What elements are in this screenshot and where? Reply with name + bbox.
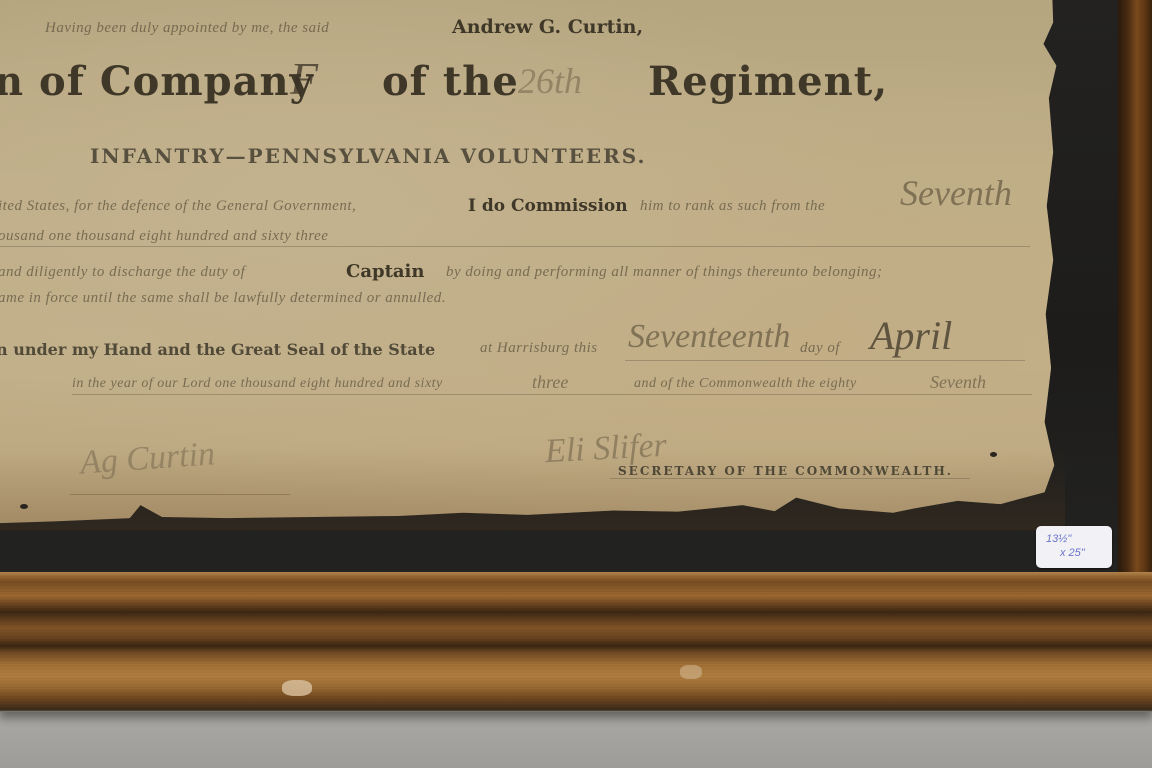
subtitle-infantry: INFANTRY—PENNSYLVANIA VOLUNTEERS.	[90, 144, 646, 168]
year-handwritten: three	[532, 372, 568, 393]
tag-width: x 25"	[1046, 546, 1112, 560]
rank-captain: Captain	[346, 261, 424, 282]
regiment-number: 26th	[518, 60, 582, 102]
tag-height: 13½"	[1046, 532, 1112, 546]
rule-line	[0, 246, 1030, 247]
body-line-rank-from: him to rank as such from the	[640, 198, 825, 215]
day-of: day of	[800, 340, 840, 357]
body-line-year: ousand one thousand eight hundred and si…	[0, 228, 328, 245]
paper-blemish	[990, 452, 997, 457]
dimension-tag: 13½" x 25"	[1036, 526, 1112, 568]
i-do-commission: I do Commission	[468, 196, 628, 216]
frame-paint-chip	[680, 665, 702, 679]
rule-line	[72, 394, 1032, 395]
signature-flourish	[70, 494, 290, 495]
paper-blemish	[20, 504, 28, 509]
given-under-hand: n under my Hand and the Great Seal of th…	[0, 340, 435, 359]
governor-name: Andrew G. Curtin,	[452, 16, 643, 38]
body-line-defence: ited States, for the defence of the Gene…	[0, 198, 356, 215]
secretary-caption: SECRETARY OF THE COMMONWEALTH.	[618, 464, 953, 478]
title-regiment: Regiment,	[648, 58, 888, 105]
commonwealth-year: and of the Commonwealth the eighty	[634, 376, 857, 392]
year-of-our-lord: in the year of our Lord one thousand eig…	[72, 376, 443, 392]
commonwealth-year-handwritten: Seventh	[930, 372, 986, 393]
month-handwritten: April	[870, 312, 952, 359]
title-company-prefix: n of Company	[0, 58, 314, 105]
body-line-performing: by doing and performing all manner of th…	[446, 264, 883, 281]
title-of-the: of the	[382, 58, 519, 105]
rule-line	[610, 478, 970, 479]
wooden-frame-bottom	[0, 572, 1152, 712]
rule-line	[625, 360, 1025, 361]
rank-from-handwritten: Seventh	[900, 172, 1012, 214]
at-harrisburg: at Harrisburg this	[480, 340, 598, 357]
frame-right-edge	[1118, 0, 1152, 600]
body-line-force: ame in force until the same shall be law…	[0, 290, 446, 307]
company-letter: F	[290, 52, 318, 105]
body-line-duty: and diligently to discharge the duty of	[0, 264, 245, 281]
frame-paint-chip	[282, 680, 312, 696]
day-handwritten: Seventeenth	[628, 318, 790, 356]
intro-script: Having been duly appointed by me, the sa…	[45, 20, 329, 37]
